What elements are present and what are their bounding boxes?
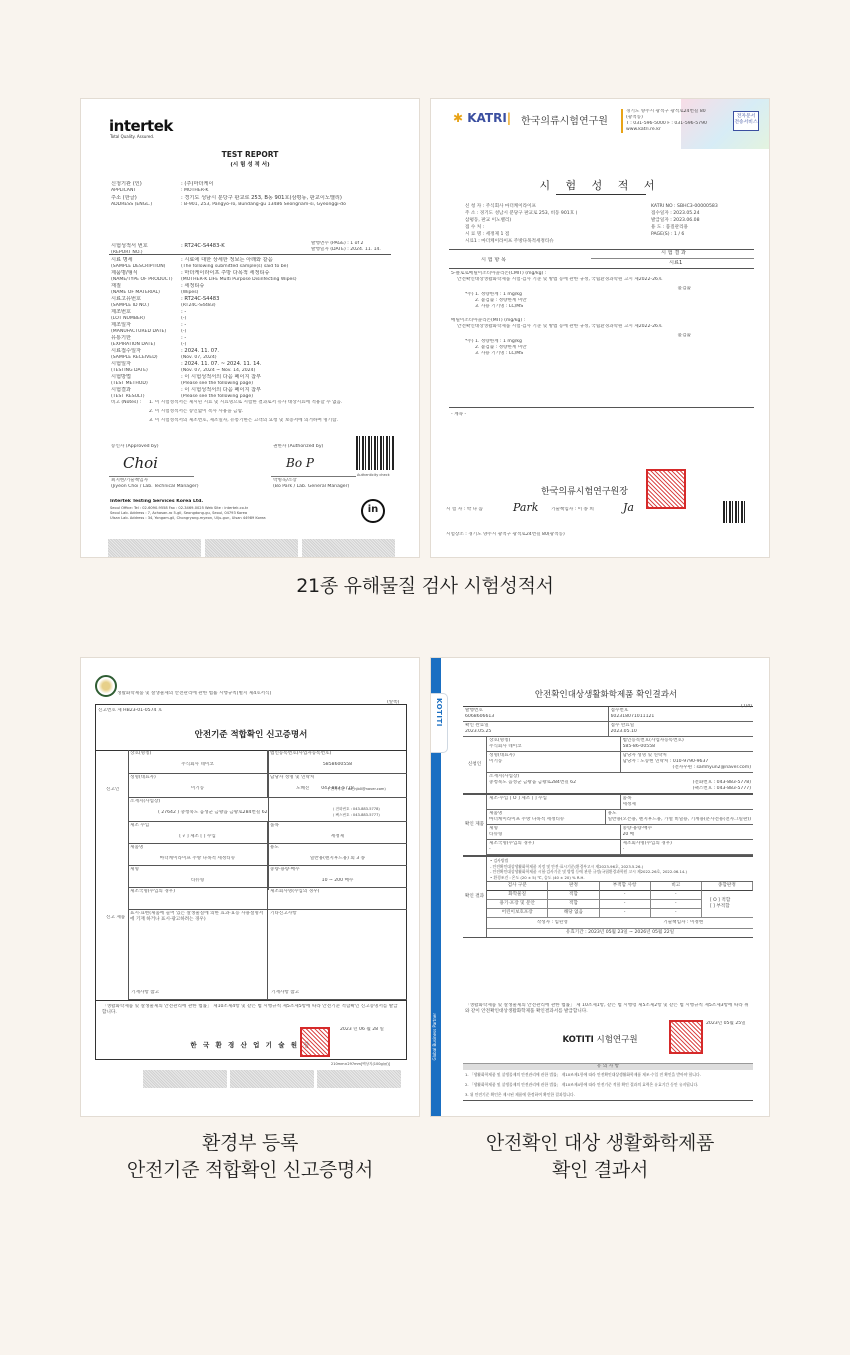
cell-label: 제조회사명(수입의 경우)	[270, 889, 319, 895]
company-name: Intertek Testing Services Korea Ltd.	[110, 499, 203, 505]
cell-label: 담당자 성명 및 연락처	[270, 775, 314, 781]
field-label: 시료 명세	[111, 257, 181, 264]
field-value: : RT24C-S4483	[181, 296, 219, 303]
field-label-en: (REPORT NO.)	[111, 250, 181, 256]
test-item: 5-클로로메틸이소티아졸리논(CMIT) (mg/kg) :안전확인대상생활화학…	[451, 271, 751, 310]
field-label: 시험일자	[111, 361, 181, 368]
cell-label: 표시·표현(제품에 들어 있는 살생물질에 의한 효과·효능 사용설명서에 기재…	[130, 911, 265, 923]
cell-value: 일반용(오븐용, 렌지후드용, 가열 비닐용, 기계용(분사전용(전자그릴판))	[608, 817, 751, 823]
field-label: 제조번호	[111, 309, 181, 316]
report-subtitle: (시 험 성 적 서)	[81, 160, 419, 168]
notice-2: 2. 「생활화학제품 및 살생물제의 안전관리에 관한 법률」 제10조제4항에…	[465, 1082, 750, 1087]
confirmation-table: 발행번호6068606613접수번호602318071011121확인 완료일2…	[463, 706, 753, 938]
cell-label: 제조국명(수입의 경우)	[130, 889, 265, 895]
certificate-cell: 제조 수입[ √ ] 제조 [ ] 수입	[128, 822, 268, 844]
result-cell: 어린이보호포장	[487, 909, 548, 918]
tech-manager: 기술책임자 : 이 종 희	[551, 507, 594, 513]
table-cell: 성명(대표자)이기동	[487, 752, 621, 772]
section-product: 신고 제품	[106, 915, 125, 921]
cell-value: 기재사항 참고	[131, 990, 270, 996]
field-value: : -	[181, 322, 186, 329]
address-cell: 소재지(사업장)충청북도 음성군 금왕읍 금왕로284번길 62(전화번호 : …	[487, 773, 753, 793]
result-header: 판정	[548, 882, 599, 891]
result-cell: -	[600, 909, 651, 918]
authorized-by-label: 권한자 (Authorized by)	[273, 444, 323, 450]
authenticity-qr-code	[356, 436, 394, 470]
certificate-cell: 품목세정제	[268, 822, 407, 844]
test-standard: 안전확인대상생활화학제품 시험·검사 기준 및 방법 등에 관한 규정, 국립환…	[451, 277, 751, 283]
applicant-field: 주 소 : 경기도 성남시 분당구 판교로 253, 비동 901호 (	[465, 210, 577, 217]
field-value-en: : B-901, 253, Pangyo-ro, Bundang-gu 1348…	[181, 202, 346, 208]
result-cell: -	[651, 891, 702, 900]
table-row: 상호(명칭)주식회사 네이코법인등록번호(사업자등록번호)585-86-0055…	[487, 737, 753, 752]
table-header-sample: 시료1	[669, 260, 682, 267]
cell-label: 성명(대표자)	[130, 775, 265, 781]
cell-value: 세정제	[623, 802, 752, 808]
qr-caption: Authenticity check	[357, 472, 390, 478]
certificate-cell: 제품명마더케이라이프 주방 다목적 세정티슈	[128, 844, 268, 866]
test-note: 3. 사용 기기명 : LC/MS	[451, 351, 751, 357]
cell-label: 제품명	[130, 845, 265, 851]
contact-person: 도혜진	[296, 786, 309, 792]
note-1: 1. 이 시험성적서는 제시된 시료 및 시료명으로 시험한 결과로서 유사 대…	[149, 400, 342, 406]
security-pattern	[205, 539, 298, 557]
test-item: 메틸이소티아졸리논(MIT) (mg/kg) :안전확인대상생활화학제품 시험·…	[451, 318, 751, 357]
test-items: 5-클로로메틸이소티아졸리논(CMIT) (mg/kg) :안전확인대상생활화학…	[451, 271, 751, 365]
kotiti-logo: KOTITI	[435, 698, 443, 727]
signatures: 작성자 : 임된영기술책임자 : 이정현	[487, 918, 753, 929]
table-cell: 제조회사명(수입의 경우)-	[621, 840, 754, 854]
table-row: 발행번호6068606613접수번호602318071011121	[463, 707, 753, 722]
cell-label: 중량·용량·매수	[270, 867, 300, 873]
field-value: : 시료에 대한 상세한 정보는 아래와 같음	[181, 257, 288, 264]
cell-value: 10 ~ 200 매수	[268, 878, 407, 884]
table-header-result: 시 험 결 과	[661, 250, 686, 257]
report-title: 시 험 성 적 서	[431, 177, 769, 193]
field-value: : 이 시험성적서의 다음 페이지 참부	[181, 374, 261, 381]
result-header: 검사 구분	[487, 882, 548, 891]
cell-label: 법인등록번호(사업자등록번호)	[270, 751, 331, 757]
katri-logo: ✱ KATRI|	[453, 111, 511, 125]
report-field: 주소 (한글)ADDRESS (ENGL.): 경기도 성남시 분당구 판교로 …	[111, 195, 346, 214]
result-cell: -	[651, 909, 702, 918]
issuer: 한 국 환 경 산 업 기 술 원 장	[96, 1040, 406, 1049]
cell-value: 이기동	[489, 759, 618, 765]
field-value: : 마더케이라이프 주방 다목적 세정티슈	[181, 270, 297, 277]
certificate-cell: 제조국명(수입의 경우)	[128, 888, 268, 910]
field-label: 신청기관 (인)	[111, 181, 181, 188]
cell-value: 세정제	[268, 834, 407, 840]
certificate-cell: 법인등록번호(사업자등록번호)5858600558	[268, 750, 407, 774]
test-standard: 안전확인대상생활화학제품 시험·검사 기준 및 방법 등에 관한 규정, 국립환…	[451, 324, 751, 330]
cell-value: 티슈형	[489, 832, 618, 838]
applicant-fields: 신 청 자 : 주식회사 마더케이라이프주 소 : 경기도 성남시 분당구 판교…	[465, 203, 577, 245]
intertek-logo: intertek	[109, 117, 173, 135]
cell-value: 주식회사 네이코	[128, 762, 267, 768]
field-label: 시료접수일자	[111, 348, 181, 355]
contact-email: (전자우편 : samhyun2@naver.com)	[623, 765, 752, 771]
official-seal	[646, 469, 686, 509]
table-cell: 법인등록번호(사업자등록번호)585-86-00558	[621, 737, 754, 751]
authorizer-signature: Bo P	[286, 456, 314, 470]
intertek-tagline: Total Quality. Assured.	[110, 134, 154, 140]
section-label: 신청인	[463, 737, 487, 793]
section-label: 확인 결과	[463, 857, 487, 937]
field-label: 시료고유번호	[111, 296, 181, 303]
meta-field: PAGE(S) : 1 / 6	[651, 231, 718, 238]
table-row: 제품명마더케이라이프 주방 다목적 세정티슈용도일반용(오븐용, 렌지후드용, …	[487, 810, 753, 825]
certificate-title: 안전기준 적합확인 신고증명서	[96, 728, 406, 740]
cell-value: 주식회사 네이코	[489, 744, 618, 750]
result-header: 부적합 사항	[600, 882, 651, 891]
field-value: : RT24C-S4483-K	[181, 243, 225, 250]
issue-date: 2023년 05월 25일	[706, 1021, 746, 1027]
meta-field: KATRI NO : SBHC3-00000583	[651, 203, 718, 210]
confirmation-title: 안전확인대상생활화학제품 확인결과서	[451, 688, 761, 700]
applicant-field: 삼평동, 판교 이노밸리)	[465, 217, 577, 224]
manager-signature: Ja	[623, 501, 634, 514]
certificate-cell: 성명(대표자)이기동	[128, 774, 268, 798]
result-cell: -	[600, 900, 651, 909]
field-label: 시험방법	[111, 374, 181, 381]
field-label: 제조일자	[111, 322, 181, 329]
table-cell: 확인 완료일2023.05.25	[463, 722, 609, 736]
cell-value: 충청북도 음성군 금왕읍 금왕로284번길 62	[489, 780, 576, 792]
table-cell: 담당자 성명 및 연락처담당자 : 도승현 연락처 : 010-9790-963…	[621, 752, 754, 772]
cell-value: 2023.05.25	[465, 729, 606, 735]
field-value: : 이 시험성적서의 다음 페이지 참부	[181, 387, 261, 394]
notice-1: 1. 「생활화학제품 및 살생물제의 안전관리에 관한 법률」 제10조제1항에…	[465, 1072, 750, 1077]
cell-value: 티슈형	[128, 878, 267, 884]
field-label: 시험성적서 번호	[111, 243, 181, 250]
certificate-cell: 제형티슈형	[128, 866, 268, 888]
caption-safety-certificate: 환경부 등록 안전기준 적합확인 신고증명서	[80, 1130, 420, 1184]
meta-field: 접수일자 : 2023.05.24	[651, 210, 718, 217]
authorized-by-title: (Bo Park / Lab. General Manager)	[273, 484, 349, 490]
test-location: 시험장소 : 경기도 양주시 광적구 광적로24번길 80(광적동)	[446, 532, 565, 538]
tester: 시 험 자 : 박 다 솜	[446, 507, 483, 513]
safety-certificate-image[interactable]: 생활화학제품 및 살생물제의 안전관리에 관한 법률 시행규칙[별지 제4호서식…	[80, 657, 420, 1117]
security-pattern	[108, 539, 201, 557]
katri-test-report-image[interactable]: ✱ KATRI| 한국의류시험연구원 경기도 양주시 광적구 광적로24번길 8…	[430, 98, 770, 558]
security-pattern	[230, 1070, 314, 1088]
result-cell: -	[600, 891, 651, 900]
e-document-badge: 전자문서 전송서비스	[733, 111, 759, 131]
field-value: : -	[181, 309, 186, 316]
cell-value: [ √ ] 제조 [ ] 수입	[128, 834, 267, 840]
overall-option: [ ] 부적합	[710, 904, 753, 910]
meta-field: 발급일자 : 2023.06.08	[651, 217, 718, 224]
cell-value: 602318071011121	[611, 714, 752, 720]
table-cell: 용도일반용(오븐용, 렌지후드용, 가열 비닐용, 기계용(분사전용(전자그릴판…	[606, 810, 753, 824]
method-line: • 환경조건 : 온도 (20 ± 5) ℃, 습도 (40 ± 20) % R…	[490, 875, 750, 881]
inspector: 작성자 : 임된영	[537, 920, 568, 926]
issue-date: 2023 년 06 월 28 일	[340, 1027, 384, 1033]
table-row: 제조국명(수입의 경우)-제조회사명(수입의 경우)-	[487, 840, 753, 855]
notice-3: 3. 위 안전기준 확인은 제시된 제품에 한정하여 확인한 결과입니다.	[465, 1092, 750, 1097]
field-label: 주소 (한글)	[111, 195, 181, 202]
approver-signature: Choi	[123, 454, 158, 472]
method-block: • 검사방법- 안전확인대상생활화학제품 지정 및 안전·표시기준(환경부고시 …	[487, 857, 753, 881]
applicant-field: 시료1 : 마더케이라이프 주방다목적세정티슈	[465, 238, 577, 245]
table-row: 성명(대표자)이기동담당자 성명 및 연락처담당자 : 도승현 연락처 : 01…	[487, 752, 753, 773]
result-header: 비고	[651, 882, 702, 891]
official-seal	[669, 1020, 703, 1054]
result-cell: 용기·포장 및 문안	[487, 900, 548, 909]
table-cell: 제조·수입 [ O ] 제조 [ ] 수입	[487, 795, 621, 809]
tester-signature: Park	[513, 501, 538, 514]
table-row: 제형티슈형중량·용량·매수20 매	[487, 825, 753, 840]
cell-value: 5858600558	[268, 762, 407, 768]
table-row: 확인 완료일2023.05.25접수 완료일2023.05.10	[463, 722, 753, 737]
katri-director: 한국의류시험연구원장	[541, 484, 628, 497]
issuer: KOTITI 시험연구원	[431, 1033, 769, 1045]
intertek-test-report-image[interactable]: intertek Total Quality. Assured. TEST RE…	[80, 98, 420, 558]
field-value: : (주)마더케이	[181, 181, 214, 188]
field-label: 재질	[111, 283, 181, 290]
notes-label: 비고 (Notes) :	[111, 400, 141, 406]
validity-period: 유효기간 : 2023년 05월 23일 ~ 2026년 05월 22일	[487, 929, 753, 937]
table-cell: 제품명마더케이라이프 주방 다목적 세정티슈	[487, 810, 606, 824]
field-value: : -	[181, 335, 186, 342]
intertek-in-icon: in	[361, 499, 385, 523]
table-cell: 접수번호602318071011121	[609, 707, 754, 721]
kotiti-confirmation-image[interactable]: KOTITI Global Business Partner 안전확인대상생활화…	[430, 657, 770, 1117]
fax: (팩스번호 : 043-883-5777)	[693, 786, 751, 792]
certificate-cell: 기타신고사항기재사항 참고	[268, 910, 407, 1000]
security-pattern	[302, 539, 395, 557]
field-value: : 세정티슈	[181, 283, 204, 290]
overall-judgment: [ O ] 적합[ ] 부적합	[702, 891, 753, 918]
cell-value: 20 매	[623, 832, 752, 838]
table-header-item: 시 험 항 목	[481, 257, 506, 264]
cell-value: ( 팩스번호 : 043-883-5777)	[333, 812, 380, 818]
issue-date: 발행일자 (DATE) : 2024. 11. 14.	[311, 247, 381, 253]
certificate-cell-address: 소재지(사업장)( 27642 ) 충청북도 음성군 금왕읍 금왕로284번길 …	[128, 798, 407, 822]
certificate-cell: 상호(명칭)주식회사 네이코	[128, 750, 268, 774]
field-label: 시험결과	[111, 387, 181, 394]
cell-value: 이기동	[128, 786, 267, 792]
cell-label: 소재지(사업장)	[130, 799, 160, 805]
field-value: : 경기도 성남시 분당구 판교로 253, B동 901호(삼평동, 판교이노…	[181, 195, 346, 202]
applicant-field: 접 수 처 :	[465, 224, 577, 231]
issuance-statement: 「생활화학제품 및 살생물제의 안전관리에 관한 법률」 제 10조제1항, 같…	[465, 1003, 750, 1015]
certificate-cell: 제조회사명(수입의 경우)	[268, 888, 407, 910]
security-pattern	[143, 1070, 227, 1088]
result-cell: 해당 없음	[548, 909, 599, 918]
cell-label: 제형	[130, 867, 265, 873]
katri-org-name: 한국의류시험연구원	[521, 112, 608, 127]
table-cell: 접수 완료일2023.05.10	[609, 722, 754, 736]
approved-by-title: (Jiyeon Choi / Lab. Technical Manager)	[111, 484, 199, 490]
table-section: 확인 결과• 검사방법- 안전확인대상생활화학제품 지정 및 안전·표시기준(환…	[463, 857, 753, 938]
paper-spec: 210mm×297mm[백상지(100g/㎡)]	[331, 1061, 390, 1067]
certificate-cell: 중량·용량·매수10 ~ 200 매수	[268, 866, 407, 888]
cell-value: -	[489, 847, 618, 853]
company-line-3: Ulsan Lab. Address : 34, Yongam-gil, Cho…	[110, 516, 266, 521]
caption-confirmation-result: 안전확인 대상 생활화학제품 확인 결과서	[430, 1130, 770, 1184]
qr-code	[723, 501, 747, 523]
notice-title: 유 의 사 항	[463, 1063, 753, 1070]
cell-label: 제조 수입	[130, 823, 265, 829]
cell-value: 585-86-00558	[623, 744, 752, 750]
meta-field: 용 도 : 품질관리용	[651, 224, 718, 231]
form-reference: 생활화학제품 및 살생물제의 안전관리에 관한 법률 시행규칙[별지 제4호서식…	[117, 691, 271, 697]
official-seal	[300, 1027, 330, 1057]
certificate-table: 신고번호 제 HB23-01-0574 호 안전기준 적합확인 신고증명서 신고…	[95, 704, 407, 1060]
table-cell: 제조국명(수입의 경우)-	[487, 840, 621, 854]
cell-value: ( 27642 ) 충청북도 음성군 금왕읍 금왕로284번길 62	[158, 810, 268, 816]
cell-value: 마더케이라이프 주방 다목적 세정티슈	[489, 817, 603, 823]
note-3: 3. 이 시험성적서의 제조번호, 제조일자, 유통기한은 고객의 요청 및 보…	[149, 418, 338, 424]
field-label: 유통기한	[111, 335, 181, 342]
test-note: 3. 사용 기기명 : LC/MS	[451, 304, 751, 310]
result-cell: 적합	[548, 891, 599, 900]
section-applicant: 신고인	[106, 787, 119, 793]
continued-mark: - 계속 -	[451, 412, 466, 418]
applicant-field: 신 청 자 : 주식회사 마더케이라이프	[465, 203, 577, 210]
table-section: 신청인상호(명칭)주식회사 네이코법인등록번호(사업자등록번호)585-86-0…	[463, 737, 753, 795]
certificate-cell: 표시·표현(제품에 들어 있는 살생물질에 의한 효과·효능 사용설명서에 기재…	[128, 910, 268, 1000]
contact-email: ( 전자우편 : do_hjb0@naver.com)	[328, 786, 386, 792]
table-cell: 제형티슈형	[487, 825, 621, 839]
cell-value: 마더케이라이프 주방 다목적 세정티슈	[128, 856, 267, 862]
cell-value: 기재사항 참고	[271, 990, 410, 996]
table-cell: 상호(명칭)주식회사 네이코	[487, 737, 621, 751]
table-cell: 발행번호6068606613	[463, 707, 609, 721]
result-header: 종합판정	[702, 882, 753, 891]
section-label: 확인 제품	[463, 795, 487, 855]
certificate-cell: 용도일반용(렌지후드용) 외 3 종	[268, 844, 407, 866]
approved-by-label: 승인자 (Approved by)	[111, 444, 159, 450]
security-pattern	[317, 1070, 401, 1088]
caption-test-report: 21종 유해물질 검사 시험성적서	[0, 573, 850, 600]
applicant-field: 시 료 명 : 세정제 1 점	[465, 231, 577, 238]
certification-stamp-icon	[95, 675, 117, 697]
cell-value: 2023.05.10	[611, 729, 752, 735]
issuance-statement: 「생활화학제품 및 살생물제의 안전관리에 관한 법률」 제10조제4항 및 같…	[102, 1004, 402, 1016]
table-row: 제조·수입 [ O ] 제조 [ ] 수입품목세정제	[487, 795, 753, 810]
report-number: 신고번호 제 HB23-01-0574 호	[98, 708, 162, 714]
field-value: : 2024. 11. 07. ~ 2024. 11. 14.	[181, 361, 261, 368]
field-label-en: ADDRESS (ENGL.)	[111, 202, 181, 208]
cell-label: 상호(명칭)	[130, 751, 265, 757]
cell-value: 일반용(렌지후드용) 외 3 종	[268, 856, 407, 862]
field-value-en: (RT24C-S4483)	[181, 303, 219, 309]
field-value: : 2024. 11. 07.	[181, 348, 219, 355]
table-section: 확인 제품제조·수입 [ O ] 제조 [ ] 수입품목세정제제품명마더케이라이…	[463, 795, 753, 857]
field-value-en: : MOTHER-K	[181, 188, 214, 194]
report-title: TEST REPORT	[81, 150, 419, 159]
field-label: 제품명/형식	[111, 270, 181, 277]
cell-value: 6068606613	[465, 714, 606, 720]
cell-label: 기타신고사항	[270, 911, 297, 917]
field-label-en: APPLICANT	[111, 188, 181, 194]
cell-label: 용도	[270, 845, 279, 851]
table-cell: 품목세정제	[621, 795, 754, 809]
cell-label: 품목	[270, 823, 279, 829]
result-cell: 적합	[548, 900, 599, 909]
cell-value: -	[623, 847, 752, 853]
katri-address: 경기도 양주시 광적구 광적로24번길 80 (광적동) T : 031-596…	[621, 109, 707, 133]
result-table: 검사 구분판정부적합 사항비고종합판정화학물질적합--[ O ] 적합[ ] 부…	[487, 881, 753, 918]
note-2: 2. 이 시험성적서는 승인없이 복사 사용을 금함.	[149, 409, 243, 415]
tech-manager: 기술책임자 : 이정현	[663, 920, 703, 926]
report-meta: KATRI NO : SBHC3-00000583접수일자 : 2023.05.…	[651, 203, 718, 238]
result-cell: 화학물질	[487, 891, 548, 900]
table-cell: 중량·용량·매수20 매	[621, 825, 754, 839]
result-cell: -	[651, 900, 702, 909]
cell-label: 제조·수입 [ O ] 제조 [ ] 수입	[489, 796, 618, 802]
